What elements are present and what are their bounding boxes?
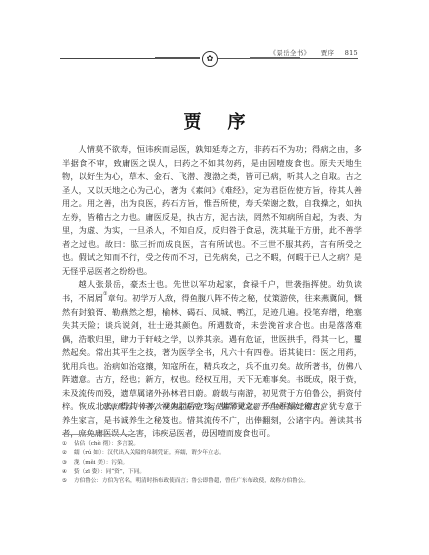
footnote-item: ⑤ 方伯鲁公：方伯为官名，明清时指布政使而言；鲁公即鲁超，曾任广东布政使，故称方… (62, 477, 372, 486)
footnote-text: 方伯鲁公：方伯为官名，明清时指布政使而言；鲁公即鲁超，曾任广东布政使，故称方伯鲁… (74, 477, 309, 486)
footnote-mark: ⑤ (62, 477, 74, 486)
running-head-text: 《景岳全书》 贾序 815 (262, 48, 358, 57)
footnote-mark: ④ (62, 468, 74, 477)
footnote-item: ④ 赀（zī 姿）：同“资”，下同。 (62, 468, 372, 477)
book-title: 《景岳全书》 (270, 49, 311, 57)
footnote-divider (62, 434, 136, 435)
footnote-item: ② 繻（rú 如）：汉代出入关隘的帛制凭证。弃繻，谓少年立志。 (62, 449, 372, 458)
running-header: ✿ 《景岳全书》 贾序 815 (60, 50, 358, 66)
page-number: 815 (345, 49, 358, 57)
footnote-mark: ③ (62, 459, 74, 468)
footnote-mark: ② (62, 449, 74, 458)
footnote-item: ③ 浼（měi 美）：污染。 (62, 459, 372, 468)
paragraph-1: 人情莫不欲寿，恒讳疾而忌医，孰知延寿之方，非药石不为功；得病之由，多半据食不审，… (62, 143, 362, 278)
page-title: 贾序 (0, 108, 429, 134)
footnote-text: 浼（měi 美）：污染。 (74, 459, 128, 468)
seal-emblem-icon: ✿ (202, 51, 218, 67)
header-rule-right-accent (250, 57, 300, 59)
footnote-text: 赀（zī 姿）：同“资”，下同。 (74, 468, 145, 477)
header-rule-left-accent (155, 57, 200, 59)
signature-line: 时康熙五十年岁次辛卯孟春两广运使瀛海贾棠题于羊城官舍之退思堂 (0, 401, 429, 412)
paragraph-2: 越人张景岳，豪杰士也。先世以军功起家，食禄千户，世袭指挥使。幼负读书，不屑屑①章… (62, 278, 362, 441)
body-text: 人情莫不欲寿，恒讳疾而忌医，孰知延寿之方，非药石不为功；得病之由，多半据食不审，… (62, 143, 362, 441)
footnote-item: ① 佔佔（chè 彻）：多言貌。 (62, 440, 372, 449)
footnote-text: 繻（rú 如）：汉代出入关隘的帛制凭证。弃繻，谓少年立志。 (74, 449, 225, 458)
footnotes: ① 佔佔（chè 彻）：多言貌。 ② 繻（rú 如）：汉代出入关隘的帛制凭证。弃… (62, 440, 372, 486)
footnote-mark: ① (62, 440, 74, 449)
footnote-text: 佔佔（chè 彻）：多言貌。 (74, 440, 139, 449)
section-name: 贾序 (321, 49, 335, 57)
